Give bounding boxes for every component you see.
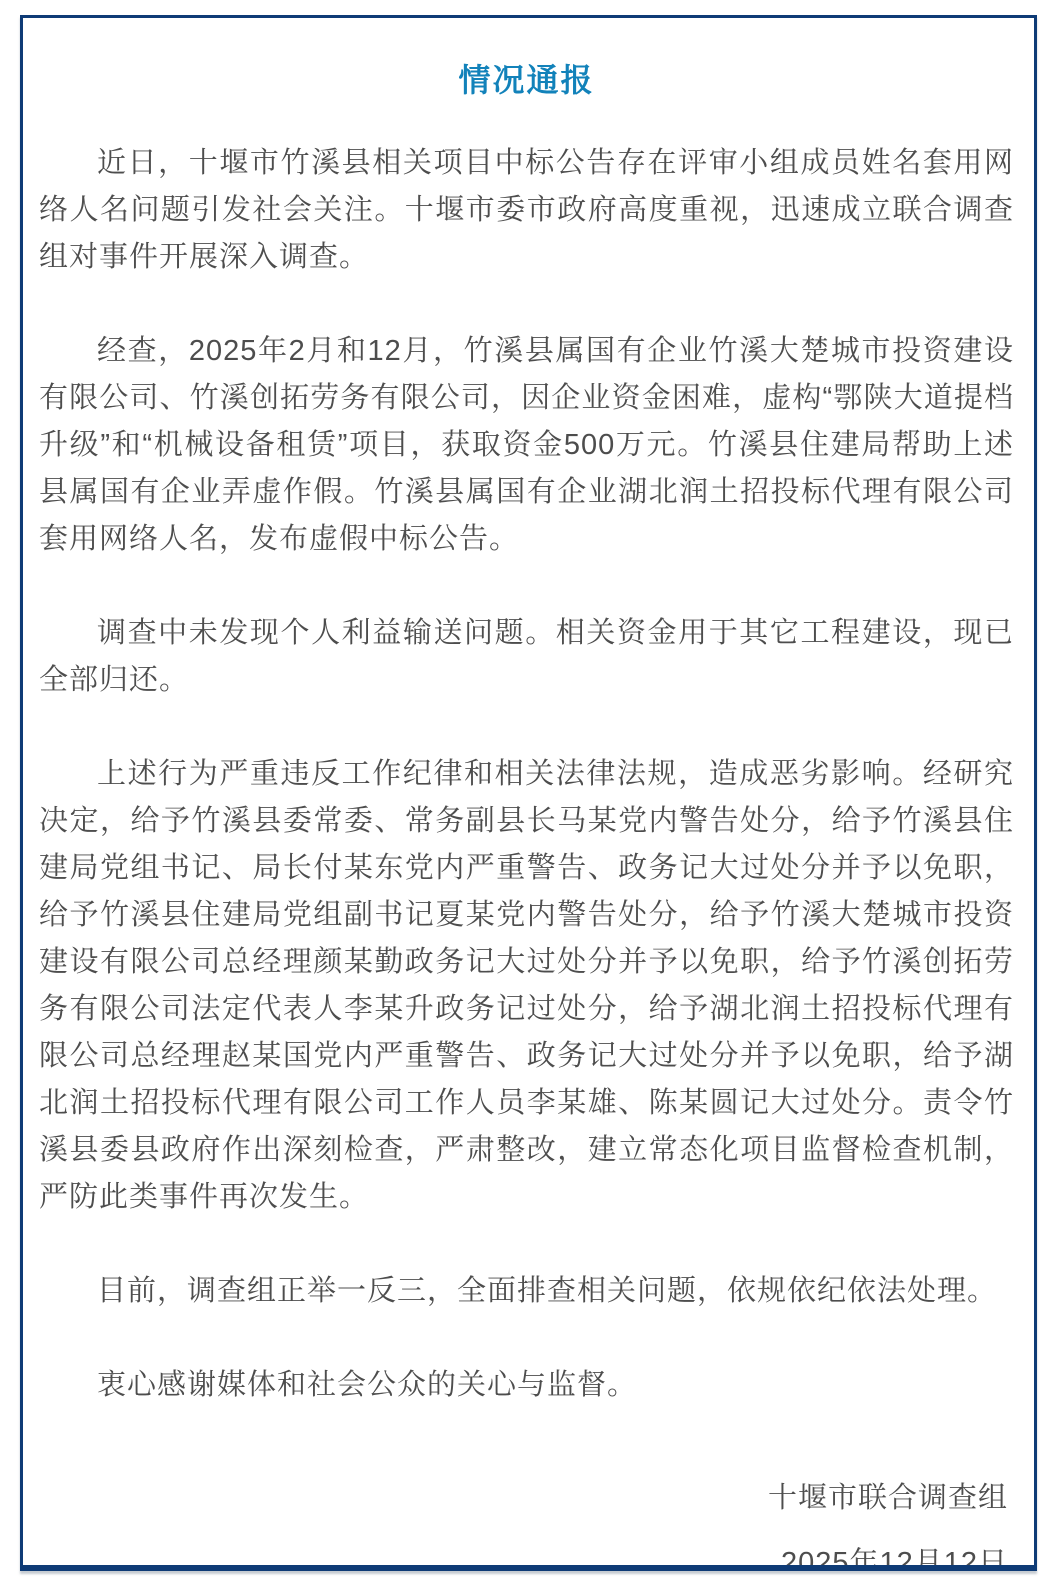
notice-paragraph-3: 调查中未发现个人利益输送问题。相关资金用于其它工程建设，现已全部归还。 [39, 610, 1014, 704]
notice-title: 情况通报 [39, 60, 1014, 100]
notice-body: 近日，十堰市竹溪县相关项目中标公告存在评审小组成员姓名套用网络人名问题引发社会关… [39, 140, 1014, 1409]
notice-paragraph-1: 近日，十堰市竹溪县相关项目中标公告存在评审小组成员姓名套用网络人名问题引发社会关… [39, 140, 1014, 281]
notice-paragraph-5: 目前，调查组正举一反三，全面排查相关问题，依规依纪依法处理。 [39, 1268, 1014, 1315]
notice-page: 情况通报 近日，十堰市竹溪县相关项目中标公告存在评审小组成员姓名套用网络人名问题… [0, 0, 1056, 1584]
signature-block: 十堰市联合调查组 2025年12月12日 [39, 1475, 1014, 1571]
notice-date: 2025年12月12日 [39, 1540, 1008, 1571]
notice-board: 情况通报 近日，十堰市竹溪县相关项目中标公告存在评审小组成员姓名套用网络人名问题… [20, 15, 1037, 1571]
notice-paragraph-6: 衷心感谢媒体和社会公众的关心与监督。 [39, 1362, 1014, 1409]
notice-paragraph-2: 经查，2025年2月和12月，竹溪县属国有企业竹溪大楚城市投资建设有限公司、竹溪… [39, 328, 1014, 563]
notice-signature: 十堰市联合调查组 [39, 1475, 1008, 1522]
notice-paragraph-4: 上述行为严重违反工作纪律和相关法律法规，造成恶劣影响。经研究决定，给予竹溪县委常… [39, 751, 1014, 1221]
